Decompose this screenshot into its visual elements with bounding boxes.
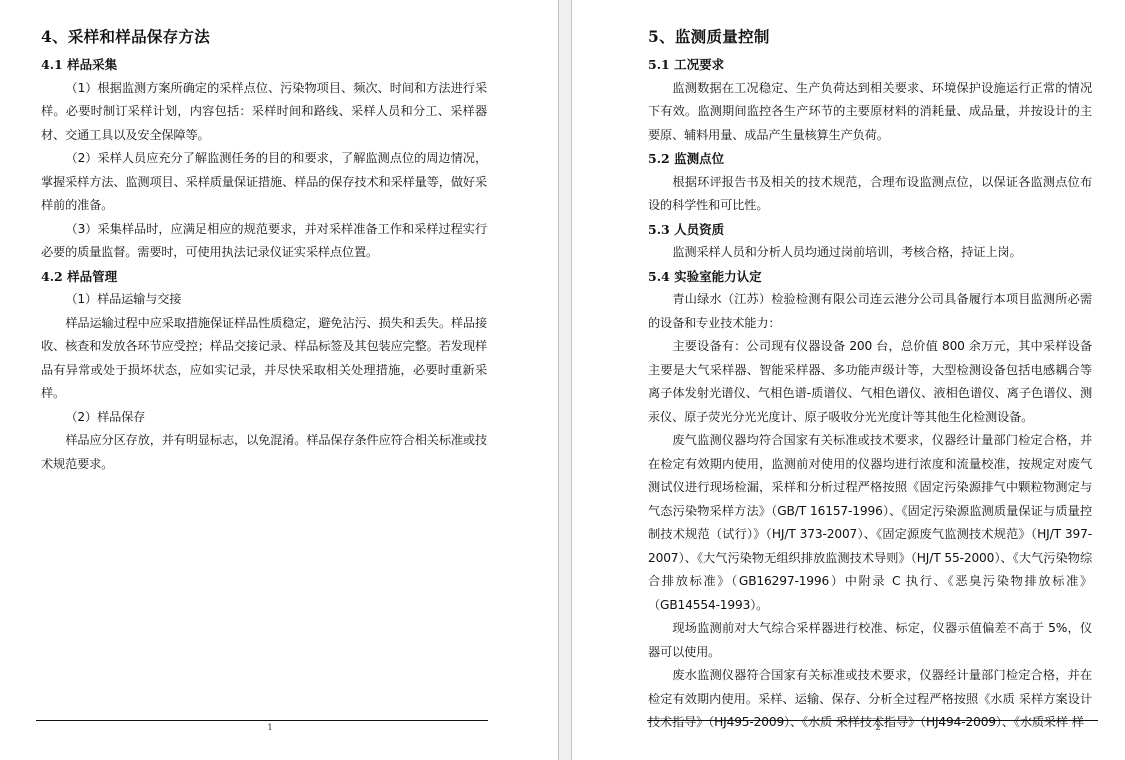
section-heading-5: 5、监测质量控制: [648, 24, 1092, 49]
paragraph: 废气监测仪器均符合国家有关标准或技术要求，仪器经计量部门检定合格，并在检定有效期…: [648, 429, 1092, 617]
subsection-heading-4-2: 4.2 样品管理: [41, 265, 487, 289]
paragraph-subtitle: （2）样品保存: [41, 406, 487, 430]
footer-divider: [647, 720, 1098, 721]
subsection-heading-5-3: 5.3 人员资质: [648, 218, 1092, 242]
page-number: 2: [868, 723, 888, 732]
paragraph: 样品应分区存放，并有明显标志，以免混淆。样品保存条件应符合相关标准或技术规范要求…: [41, 429, 487, 476]
paragraph: 样品运输过程中应采取措施保证样品性质稳定，避免沾污、损失和丢失。样品接收、核查和…: [41, 312, 487, 406]
document-page-1: 4、采样和样品保存方法 4.1 样品采集 （1）根据监测方案所确定的采样点位、污…: [0, 0, 558, 760]
paragraph-subtitle: （1）样品运输与交接: [41, 288, 487, 312]
paragraph: 青山绿水（江苏）检验检测有限公司连云港分公司具备履行本项目监测所必需的设备和专业…: [648, 288, 1092, 335]
paragraph: 监测数据在工况稳定、生产负荷达到相关要求、环境保护设施运行正常的情况下有效。监测…: [648, 77, 1092, 148]
footer-divider: [36, 720, 488, 721]
paragraph: （2）采样人员应充分了解监测任务的目的和要求，了解监测点位的周边情况，掌握采样方…: [41, 147, 487, 218]
paragraph: （3）采集样品时，应满足相应的规范要求，并对采样准备工作和采样过程实行必要的质量…: [41, 218, 487, 265]
document-page-2: 5、监测质量控制 5.1 工况要求 监测数据在工况稳定、生产负荷达到相关要求、环…: [572, 0, 1125, 760]
paragraph: （1）根据监测方案所确定的采样点位、污染物项目、频次、时间和方法进行采样。必要时…: [41, 77, 487, 148]
paragraph: 监测采样人员和分析人员均通过岗前培训，考核合格，持证上岗。: [648, 241, 1092, 265]
page-content: 4、采样和样品保存方法 4.1 样品采集 （1）根据监测方案所确定的采样点位、污…: [41, 24, 487, 476]
subsection-heading-5-4: 5.4 实验室能力认定: [648, 265, 1092, 289]
paragraph: 现场监测前对大气综合采样器进行校准、标定，仪器示值偏差不高于 5%，仪器可以使用…: [648, 617, 1092, 664]
subsection-heading-4-1: 4.1 样品采集: [41, 53, 487, 77]
page-gutter: [558, 0, 572, 760]
paragraph: 主要设备有：公司现有仪器设备 200 台，总价值 800 余万元，其中采样设备主…: [648, 335, 1092, 429]
paragraph: 根据环评报告书及相关的技术规范，合理布设监测点位，以保证各监测点位布设的科学性和…: [648, 171, 1092, 218]
subsection-heading-5-2: 5.2 监测点位: [648, 147, 1092, 171]
page-number: 1: [260, 723, 280, 732]
subsection-heading-5-1: 5.1 工况要求: [648, 53, 1092, 77]
section-heading-4: 4、采样和样品保存方法: [41, 24, 487, 49]
page-content: 5、监测质量控制 5.1 工况要求 监测数据在工况稳定、生产负荷达到相关要求、环…: [648, 24, 1092, 735]
